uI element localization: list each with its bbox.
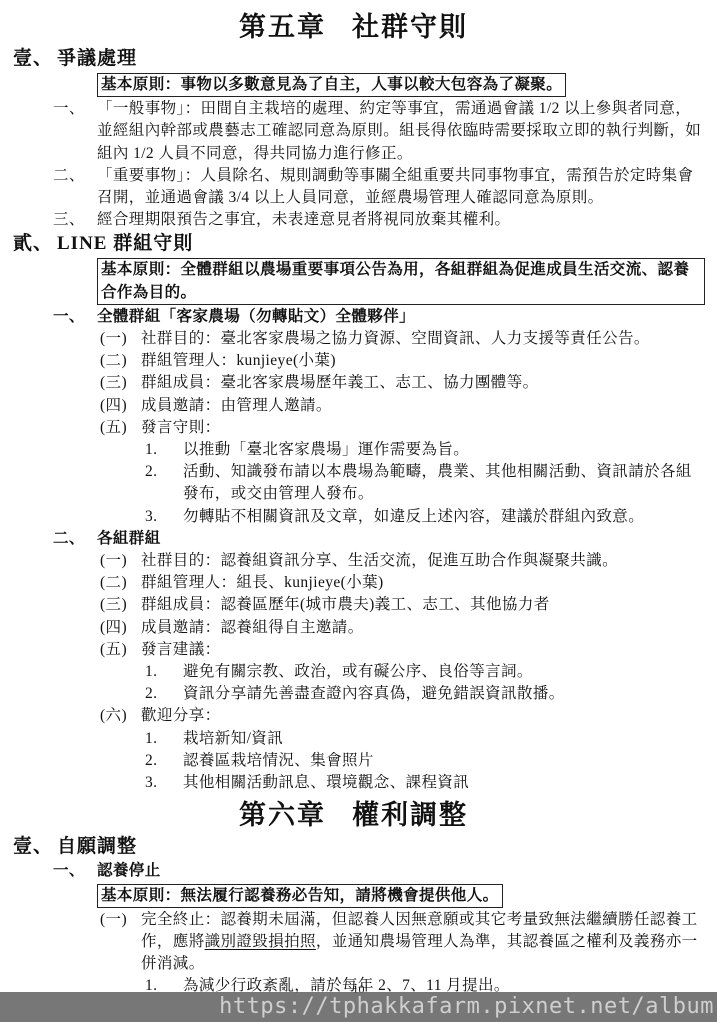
section-heading-dispute: 壹、爭議處理 — [0, 46, 707, 72]
sub-label: (三) — [100, 594, 141, 616]
section-heading-line-rules: 貳、LINE 群組守則 — [0, 231, 707, 257]
item-title: 各組群組 — [97, 530, 161, 547]
numbered-item: 2.資訊分享請先善盡查證內容真偽，避免錯誤資訊散播。 — [0, 683, 707, 705]
sub-text: 群組成員：臺北客家農場歷年義工、志工、協力團體等。 — [141, 374, 539, 391]
sub-item: (五)發言建議： — [0, 639, 707, 661]
list-item: 三、經合理期限預告之事宜，未表達意見者將視同放棄其權利。 — [0, 209, 707, 231]
list-item: 一、「一般事物」：田間自主栽培的處理、約定等事宜，需通過會議 1/2 以上參與者… — [0, 98, 707, 165]
sub-text: 群組管理人：組長、kunjieye(小葉) — [141, 574, 384, 591]
num-text: 避免有關宗教、政治，或有礙公序、良俗等言詞。 — [183, 663, 533, 680]
chapter6-number: 第六章 — [239, 800, 326, 830]
sub-label: (三) — [100, 372, 141, 394]
sub-item: (四)成員邀請：認養組得自主邀請。 — [0, 617, 707, 639]
item-title: 全體群組「客家農場（勿轉貼文）全體夥伴」 — [97, 308, 415, 325]
sub-label: (五) — [100, 417, 141, 439]
item-label: 二、 — [53, 165, 97, 187]
chapter5-title: 第五章社群守則 — [0, 10, 707, 44]
principle-box-dispute: 基本原則：事物以多數意見為了自主，人事以較大包容為了凝聚。 — [97, 73, 566, 97]
sub-label: (一) — [100, 909, 141, 931]
section-label: 壹、 — [13, 46, 57, 72]
section-title: LINE 群組守則 — [57, 233, 193, 254]
sub-item: (三)群組成員：認養區歷年(城市農夫)義工、志工、其他協力者 — [0, 594, 707, 616]
num-text: 以推動「臺北客家農場」運作需要為旨。 — [183, 441, 469, 458]
item-label: 一、 — [53, 98, 97, 120]
principle-box-row: 基本原則：事物以多數意見為了自主，人事以較大包容為了凝聚。 — [0, 73, 707, 97]
principle-box-row: 基本原則：無法履行認養務必告知，請將機會提供他人。 — [0, 884, 707, 908]
sub-text: 歡迎分享： — [141, 707, 221, 724]
sub-item: (一)社群目的：認養組資訊分享、生活交流，促進互助合作與凝聚共識。 — [0, 550, 707, 572]
numbered-item: 1.以推動「臺北客家農場」運作需要為旨。 — [0, 439, 707, 461]
sub-label: (二) — [100, 572, 141, 594]
item-title: 認養停止 — [97, 862, 161, 879]
sub-label: (一) — [100, 550, 141, 572]
num-label: 1. — [145, 661, 183, 683]
document-content: 第五章社群守則 壹、爭議處理 基本原則：事物以多數意見為了自主，人事以較大包容為… — [0, 0, 717, 998]
underlined-phrase: 識別證毀損拍照 — [205, 933, 316, 950]
chapter5-title-text: 社群守則 — [352, 12, 468, 42]
sub-item: (二)群組管理人：組長、kunjieye(小葉) — [0, 572, 707, 594]
item-text: 「重要事物」：人員除名、規則調動等事關全組重要共同事物事宜，需預告於定時集會召開… — [97, 167, 693, 206]
num-text: 勿轉貼不相關資訊及文章，如違反上述內容，建議於群組內致意。 — [183, 508, 644, 525]
sub-label: (四) — [100, 617, 141, 639]
sub-item: (一)社群目的：臺北客家農場之協力資源、空間資訊、人力支援等責任公告。 — [0, 328, 707, 350]
chapter6-title: 第六章權利調整 — [0, 798, 707, 832]
principle-box-line: 基本原則：全體群組以農場重要事項公告為用，各組群組為促進成員生活交流、認養合作為… — [97, 258, 705, 304]
sub-item: (三)群組成員：臺北客家農場歷年義工、志工、協力團體等。 — [0, 372, 707, 394]
sub-text: 社群目的：認養組資訊分享、生活交流，促進互助合作與凝聚共識。 — [141, 552, 618, 569]
principle-box-adoption: 基本原則：無法履行認養務必告知，請將機會提供他人。 — [97, 884, 503, 908]
sub-text: 成員邀請：由管理人邀請。 — [141, 397, 332, 414]
section-title: 自願調整 — [57, 836, 137, 857]
item-label: 一、 — [53, 860, 97, 882]
chapter6-title-text: 權利調整 — [352, 800, 468, 830]
numbered-item: 1.避免有關宗教、政治，或有礙公序、良俗等言詞。 — [0, 661, 707, 683]
sub-text: 群組成員：認養區歷年(城市農夫)義工、志工、其他協力者 — [141, 596, 550, 613]
sub-text: 社群目的：臺北客家農場之協力資源、空間資訊、人力支援等責任公告。 — [141, 330, 650, 347]
num-text: 其他相關活動訊息、環境觀念、課程資訊 — [183, 774, 469, 791]
watermark-bar: https://tphakkafarm.pixnet.net/album — [0, 992, 717, 1022]
num-label: 2. — [145, 683, 183, 705]
sub-label: (二) — [100, 350, 141, 372]
sub-text: 群組管理人：kunjieye(小葉) — [141, 352, 336, 369]
num-label: 3. — [145, 506, 183, 528]
num-label: 2. — [145, 461, 183, 483]
item-text: 經合理期限預告之事宜，未表達意見者將視同放棄其權利。 — [97, 211, 510, 228]
numbered-item: 2.認養區栽培情況、集會照片 — [0, 750, 707, 772]
document-page: 第五章社群守則 壹、爭議處理 基本原則：事物以多數意見為了自主，人事以較大包容為… — [0, 0, 717, 1024]
item-label: 一、 — [53, 306, 97, 328]
group-heading-all-members: 一、全體群組「客家農場（勿轉貼文）全體夥伴」 — [0, 306, 707, 328]
sub-text: 成員邀請：認養組得自主邀請。 — [141, 619, 364, 636]
section-title: 爭議處理 — [57, 48, 137, 69]
section-label: 貳、 — [13, 231, 57, 257]
num-text: 資訊分享請先善盡查證內容真偽，避免錯誤資訊散播。 — [183, 685, 565, 702]
watermark-url: https://tphakkafarm.pixnet.net/album — [219, 994, 714, 1019]
section-label: 壹、 — [13, 834, 57, 860]
sub-label: (五) — [100, 639, 141, 661]
num-label: 1. — [145, 728, 183, 750]
item-label: 三、 — [53, 209, 97, 231]
sub-item: (四)成員邀請：由管理人邀請。 — [0, 395, 707, 417]
principle-box-row: 基本原則：全體群組以農場重要事項公告為用，各組群組為促進成員生活交流、認養合作為… — [0, 258, 707, 304]
sub-item-share-heading: (六)歡迎分享： — [0, 705, 707, 727]
sub-label: (一) — [100, 328, 141, 350]
num-text: 認養區栽培情況、集會照片 — [183, 752, 374, 769]
num-label: 3. — [145, 772, 183, 794]
item-heading-adoption-stop: 一、認養停止 — [0, 860, 707, 882]
sub-label: (四) — [100, 395, 141, 417]
item-label: 二、 — [53, 528, 97, 550]
sub-text: 發言守則： — [141, 419, 221, 436]
sub-item: (五)發言守則： — [0, 417, 707, 439]
item-text: 「一般事物」：田間自主栽培的處理、約定等事宜，需通過會議 1/2 以上參與者同意… — [97, 100, 701, 161]
num-label: 2. — [145, 750, 183, 772]
group-heading-each-group: 二、各組群組 — [0, 528, 707, 550]
numbered-item: 3.其他相關活動訊息、環境觀念、課程資訊 — [0, 772, 707, 794]
chapter5-number: 第五章 — [239, 12, 326, 42]
numbered-item: 3.勿轉貼不相關資訊及文章，如違反上述內容，建議於群組內致意。 — [0, 506, 707, 528]
numbered-item: 1.栽培新知/資訊 — [0, 728, 707, 750]
sub-text: 發言建議： — [141, 641, 221, 658]
sub-item: (二)群組管理人：kunjieye(小葉) — [0, 350, 707, 372]
num-label: 1. — [145, 439, 183, 461]
list-item: 二、「重要事物」：人員除名、規則調動等事關全組重要共同事物事宜，需預告於定時集會… — [0, 165, 707, 209]
sub-item-termination: (一)完全終止：認養期未屆滿，但認養人因無意願或其它考量致無法繼續勝任認養工作，… — [0, 909, 707, 976]
numbered-item: 2.活動、知識發布請以本農場為範疇，農業、其他相關活動、資訊請於各組發布，或交由… — [0, 461, 707, 505]
num-text: 栽培新知/資訊 — [183, 730, 283, 747]
sub-label: (六) — [100, 705, 141, 727]
num-text: 活動、知識發布請以本農場為範疇，農業、其他相關活動、資訊請於各組發布，或交由管理… — [183, 463, 692, 502]
section-heading-voluntary: 壹、自願調整 — [0, 834, 707, 860]
